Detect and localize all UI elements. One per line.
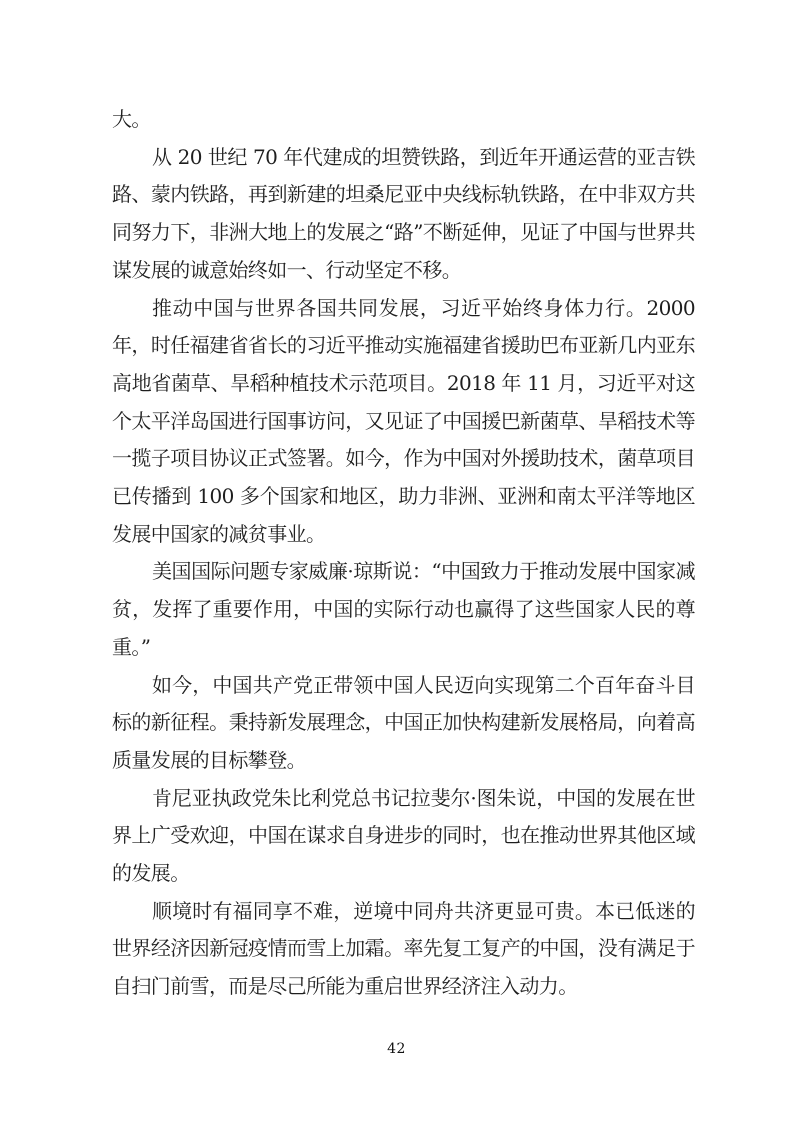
paragraph: 从 20 世纪 70 年代建成的坦赞铁路，到近年开通运营的亚吉铁路、蒙内铁路，再… [112, 139, 695, 290]
paragraph: 肯尼亚执政党朱比利党总书记拉斐尔·图朱说，中国的发展在世界上广受欢迎，中国在谋求… [112, 780, 695, 893]
paragraph: 美国国际问题专家威廉·琼斯说：“中国致力于推动发展中国家减贫，发挥了重要作用，中… [112, 553, 695, 666]
paragraph: 顺境时有福同享不难，逆境中同舟共济更显可贵。本已低迷的世界经济因新冠疫情而雪上加… [112, 893, 695, 1006]
document-page: 大。 从 20 世纪 70 年代建成的坦赞铁路，到近年开通运营的亚吉铁路、蒙内铁… [0, 0, 793, 1122]
document-body: 大。 从 20 世纪 70 年代建成的坦赞铁路，到近年开通运营的亚吉铁路、蒙内铁… [112, 101, 695, 1006]
paragraph: 推动中国与世界各国共同发展，习近平始终身体力行。2000 年，时任福建省省长的习… [112, 290, 695, 554]
page-footer: 42 [0, 1038, 793, 1057]
paragraph: 大。 [112, 101, 695, 139]
paragraph: 如今，中国共产党正带领中国人民迈向实现第二个百年奋斗目标的新征程。秉持新发展理念… [112, 667, 695, 780]
page-number: 42 [387, 1041, 406, 1057]
